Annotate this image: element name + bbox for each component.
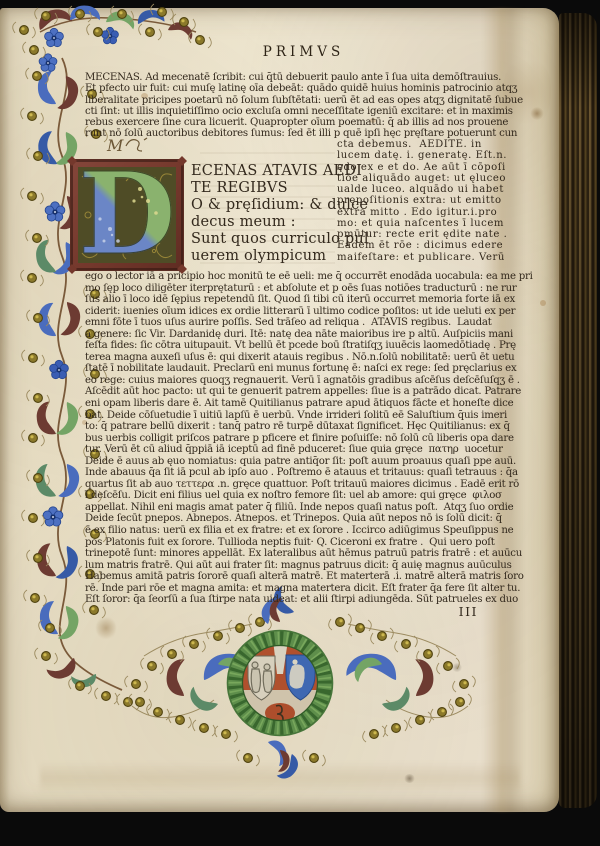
text-line: Et pfecto uir fuit: cui muſę latinę oīa …	[85, 83, 523, 94]
text-line: tiōe aliquādo auget: ut ęluceo	[337, 173, 527, 184]
quire-signature: III	[420, 604, 478, 619]
book-fore-edge	[559, 13, 597, 808]
text-line: tur. Verū ēt cū aliud q̄ppiā iā iceptū a…	[85, 444, 533, 456]
text-line: bat. Deide cōſuetudie ī uitiū lapſū ē ue…	[85, 410, 533, 422]
book-photo: D PRIMVS MECENAS. Ad mecenatē ſcribit: c…	[0, 0, 600, 846]
text-line: Deide ē auus ab ęuo nomiatus: quia patre…	[85, 456, 533, 468]
text-line: Deide ſecūt pnepos. Abnepos. Atnepos. et…	[85, 513, 533, 525]
text-line: MECENAS. Ad mecenatē ſcribit: cui q̄tū d…	[85, 72, 523, 83]
text-line: pos Platonis fuit ex ſorore. Tullioda ne…	[85, 537, 533, 549]
running-title: PRIMVS	[85, 44, 522, 60]
text-line: bus uerbis colligit priſcos patrare p pf…	[85, 433, 533, 445]
text-line: mo ſęp loco diligēter iterprętaturū : et…	[85, 283, 533, 295]
text-line: ſtatē ī nobilitate laudauit. Preclarū en…	[85, 363, 533, 375]
text-line: cta debemus. AEDITE. in	[337, 139, 527, 150]
text-line: quartus ſit ab auo τεττερα .n. gręce qua…	[85, 479, 533, 491]
text-line: trinepotē ſunt: minores appellāt. Ex lat…	[85, 548, 533, 560]
text-line: pmūtur: recte erit ędite nate .	[337, 229, 527, 240]
illuminated-initial: D	[71, 160, 183, 270]
text-line: lucem datę. i. generatę. Eſt.n.	[337, 150, 527, 161]
text-line: lum matris fratrē. Qui aūt aui frater ſi…	[85, 560, 533, 572]
text-line: Aſcēdit aūt hoc pacto: ut qui te genueri…	[85, 386, 533, 398]
text-line: ego o lector iā a pricipio hoc monitū te…	[85, 271, 533, 283]
text-line: ſus alio ī loco idē ſępius repetendū ſit…	[85, 294, 533, 306]
annotation-flourish	[124, 136, 150, 154]
text-line: ē ex filio natus: uerū ex filia et ex fr…	[85, 525, 533, 537]
summary-paragraph: MECENAS. Ad mecenatē ſcribit: cui q̄tū d…	[85, 72, 523, 140]
letter-filigree	[78, 167, 176, 263]
commentary-column: cta debemus. AEDITE. inlucem datę. i. ge…	[337, 139, 527, 263]
text-line: mo: et quia naſcentes ī lucem	[337, 218, 527, 229]
text-line: Habemus amitā patris ſororē quaſi alterā…	[85, 571, 533, 583]
initial-ground: D	[78, 167, 176, 263]
text-line: ciderit: iuenies oīum idices ex ordie li…	[85, 306, 533, 318]
text-line: ī deſcēſu. Dicit eni filius uel quia ex …	[85, 490, 533, 502]
text-line: Inde abauus q̄a ſit iā pcul ab ipſo auo …	[85, 467, 533, 479]
text-line: ualde luceo. alquādo ui habet	[337, 184, 527, 195]
text-line: Eadem ēt rōe : dicimus edere	[337, 240, 527, 251]
text-line: maifeſtare: et publicare. Verū	[337, 252, 527, 263]
text-line: liberalitate pricipes poetarū nō ſolum ſ…	[85, 95, 523, 106]
text-line: cti ſint: ut illis inquietiſſimo ocio ex…	[85, 106, 523, 117]
text-line: emni fōte ī tuos uſus aurire poſſis. Sed…	[85, 317, 533, 329]
text-line: eo rege: cuius maiores quoqʒ regnauerit.…	[85, 375, 533, 387]
text-line: rebus exercere ſine cura licuerit. Quapr…	[85, 117, 523, 128]
text-line: prępoſitionis extra: ut emitto	[337, 195, 527, 206]
text-line: terea magna auxeſi uſus ē: qui dixerit a…	[85, 352, 533, 364]
text-line: a genere: ſic Vir. Dardanidę duri. Itē: …	[85, 329, 533, 341]
text-line: to: q̄ patrare bellū dixerit : tanq̄ pat…	[85, 421, 533, 433]
text-line: ędo ex e et do. Ae aūt ī cōpoſi	[337, 162, 527, 173]
annotation-letter: M	[107, 136, 123, 155]
text-line: appellat. Nihil eni magis amat pater q̄ …	[85, 502, 533, 514]
text-line: rē. Inde pari rōe et magna amita: et mag…	[85, 583, 533, 595]
handwritten-annotation: M	[107, 136, 150, 155]
text-line: eni opam liberis dare ē. Ait tamē Quitil…	[85, 398, 533, 410]
text-line: extra mitto . Edo igitur.i.pro	[337, 207, 527, 218]
text-line: feſta fides: ſic cōtra uitupauit. Vt bel…	[85, 340, 533, 352]
commentary-body: ego o lector iā a pricipio hoc monitū te…	[85, 271, 533, 606]
